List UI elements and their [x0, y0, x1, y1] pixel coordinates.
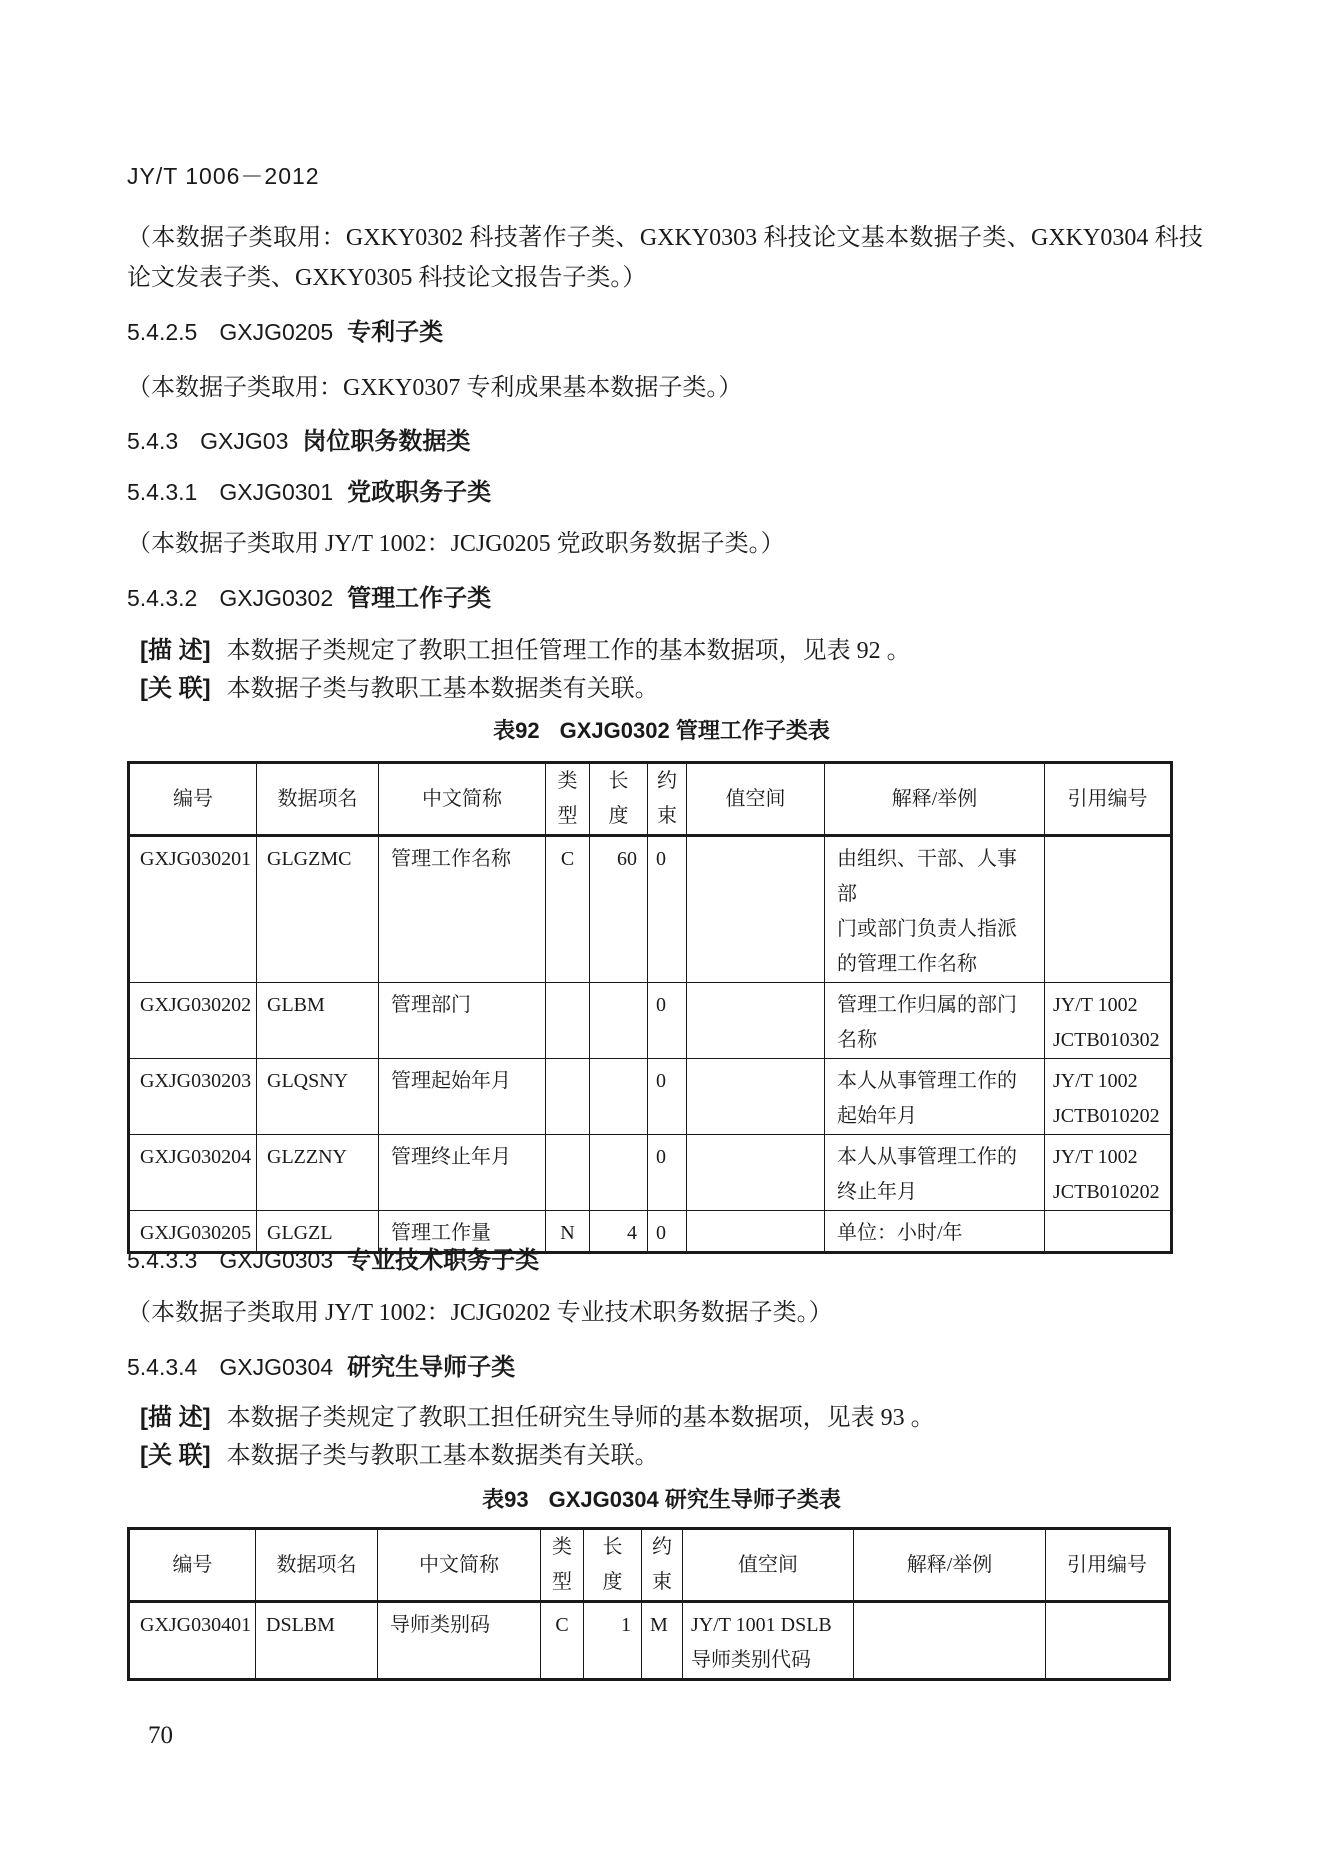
section-title: 专业技术职务子类 [347, 1247, 539, 1274]
doc-standard-code: JY/T 1006－2012 [127, 158, 320, 191]
cell-reference [1045, 836, 1172, 983]
column-header-value-space: 值空间 [687, 763, 825, 836]
cell-explanation: 管理工作归属的部门 名称 [825, 983, 1045, 1059]
table-row: GXJG030401 DSLBM 导师类别码 C 1 M JY/T 1001 D… [129, 1602, 1170, 1680]
table-caption-92: 表92GXJG0302 管理工作子类表 [0, 714, 1323, 745]
cell-item-name: GLGZMC [257, 836, 379, 983]
column-header-item-name: 数据项名 [256, 1529, 378, 1602]
heading-5-4-3-4: 5.4.3.4GXJG0304研究生导师子类 [127, 1347, 515, 1382]
section-number: 5.4.3.2 [127, 585, 197, 611]
table-caption-label: 表93 [482, 1487, 528, 1512]
section-code: GXJG03 [200, 428, 288, 454]
column-header-explanation: 解释/举例 [825, 763, 1045, 836]
description-text: 本数据子类规定了教职工担任管理工作的基本数据项，见表 92 。 [227, 638, 911, 664]
cell-type: N [546, 1211, 590, 1253]
cell-length: 4 [590, 1211, 648, 1253]
cell-constraint: 0 [648, 983, 687, 1059]
section-number: 5.4.3.4 [127, 1354, 197, 1380]
column-header-cn-name: 中文简称 [378, 1529, 541, 1602]
section-code: GXJG0304 [219, 1354, 333, 1380]
relation-row: [关 联]本数据子类与教职工基本数据类有关联。 [140, 668, 659, 703]
cell-explanation: 由组织、干部、人事部 门或部门负责人指派 的管理工作名称 [825, 836, 1045, 983]
cell-cn-name: 管理起始年月 [379, 1059, 546, 1135]
cell-value-space [687, 836, 825, 983]
heading-5-4-3: 5.4.3GXJG03岗位职务数据类 [127, 421, 470, 456]
description-label: [描 述] [140, 637, 211, 664]
cell-type: C [546, 836, 590, 983]
heading-5-4-3-3: 5.4.3.3GXJG0303专业技术职务子类 [127, 1240, 539, 1275]
section-number: 5.4.3.1 [127, 479, 197, 505]
cell-constraint: 0 [648, 1059, 687, 1135]
cell-constraint: 0 [648, 1135, 687, 1211]
relation-text: 本数据子类与教职工基本数据类有关联。 [227, 676, 659, 702]
section-title: 管理工作子类 [347, 585, 491, 612]
note-5-4-3-1: （本数据子类取用 JY/T 1002：JCJG0205 党政职务数据子类。） [127, 524, 785, 564]
column-header-explanation: 解释/举例 [854, 1529, 1046, 1602]
header-row: 编号 数据项名 中文简称 类 型 长 度 约 束 值空间 解释/举例 引用编号 [129, 763, 1172, 836]
description-row: [描 述]本数据子类规定了教职工担任研究生导师的基本数据项，见表 93 。 [140, 1397, 935, 1432]
section-title: 岗位职务数据类 [302, 428, 470, 455]
relation-label: [关 联] [140, 1442, 211, 1469]
cell-value-space [687, 983, 825, 1059]
table-row: GXJG030201 GLGZMC 管理工作名称 C 60 0 由组织、干部、人… [129, 836, 1172, 983]
cell-constraint: 0 [648, 836, 687, 983]
section-code: GXJG0301 [219, 479, 333, 505]
note-5-4-3-3: （本数据子类取用 JY/T 1002：JCJG0202 专业技术职务数据子类。） [127, 1293, 833, 1333]
cell-length [590, 1059, 648, 1135]
cell-value-space [687, 1059, 825, 1135]
header-row: 编号 数据项名 中文简称 类 型 长 度 约 束 值空间 解释/举例 引用编号 [129, 1529, 1170, 1602]
cell-explanation [854, 1602, 1046, 1680]
description-row: [描 述]本数据子类规定了教职工担任管理工作的基本数据项，见表 92 。 [140, 630, 911, 665]
section-number: 5.4.2.5 [127, 319, 197, 345]
cell-number: GXJG030202 [129, 983, 257, 1059]
table-caption-title: GXJG0302 管理工作子类表 [560, 718, 830, 743]
cell-item-name: DSLBM [256, 1602, 378, 1680]
column-header-reference: 引用编号 [1045, 763, 1172, 836]
section-code: GXJG0302 [219, 585, 333, 611]
intro-paragraph: （本数据子类取用：GXKY0302 科技著作子类、GXKY0303 科技论文基本… [127, 218, 1203, 298]
cell-constraint: 0 [648, 1211, 687, 1253]
section-code: GXJG0303 [219, 1247, 333, 1273]
column-header-item-name: 数据项名 [257, 763, 379, 836]
cell-constraint: M [642, 1602, 683, 1680]
table-caption-93: 表93GXJG0304 研究生导师子类表 [0, 1483, 1323, 1514]
cell-value-space: JY/T 1001 DSLB 导师类别代码 [683, 1602, 854, 1680]
cell-reference: JY/T 1002 JCTB010202 [1045, 1135, 1172, 1211]
document-page: JY/T 1006－2012 （本数据子类取用：GXKY0302 科技著作子类、… [0, 0, 1323, 1871]
cell-cn-name: 管理工作名称 [379, 836, 546, 983]
column-header-length: 长 度 [590, 763, 648, 836]
table-caption-label: 表92 [493, 718, 539, 743]
cell-explanation: 本人从事管理工作的 终止年月 [825, 1135, 1045, 1211]
column-header-number: 编号 [129, 1529, 256, 1602]
cell-type [546, 1135, 590, 1211]
column-header-value-space: 值空间 [683, 1529, 854, 1602]
table-row: GXJG030202 GLBM 管理部门 0 管理工作归属的部门 名称 JY/T… [129, 983, 1172, 1059]
section-code: GXJG0205 [219, 319, 333, 345]
cell-length [590, 1135, 648, 1211]
cell-number: GXJG030401 [129, 1602, 256, 1680]
cell-length: 60 [590, 836, 648, 983]
cell-length [590, 983, 648, 1059]
cell-cn-name: 管理部门 [379, 983, 546, 1059]
column-header-constraint: 约 束 [642, 1529, 683, 1602]
data-table-93: 编号 数据项名 中文简称 类 型 长 度 约 束 值空间 解释/举例 引用编号 … [127, 1527, 1171, 1681]
heading-5-4-2-5: 5.4.2.5GXJG0205专利子类 [127, 312, 443, 347]
cell-number: GXJG030203 [129, 1059, 257, 1135]
cell-reference: JY/T 1002 JCTB010202 [1045, 1059, 1172, 1135]
cell-reference [1045, 1211, 1172, 1253]
cell-type: C [541, 1602, 584, 1680]
page-number: 70 [148, 1722, 173, 1750]
description-label: [描 述] [140, 1404, 211, 1431]
table-row: GXJG030204 GLZZNY 管理终止年月 0 本人从事管理工作的 终止年… [129, 1135, 1172, 1211]
section-number: 5.4.3.3 [127, 1247, 197, 1273]
cell-explanation: 本人从事管理工作的 起始年月 [825, 1059, 1045, 1135]
section-title: 研究生导师子类 [347, 1354, 515, 1381]
section-number: 5.4.3 [127, 428, 178, 454]
cell-cn-name: 导师类别码 [378, 1602, 541, 1680]
cell-type [546, 983, 590, 1059]
cell-explanation: 单位：小时/年 [825, 1211, 1045, 1253]
relation-text: 本数据子类与教职工基本数据类有关联。 [227, 1443, 659, 1469]
column-header-type: 类 型 [541, 1529, 584, 1602]
column-header-number: 编号 [129, 763, 257, 836]
cell-type [546, 1059, 590, 1135]
column-header-length: 长 度 [584, 1529, 642, 1602]
heading-5-4-3-1: 5.4.3.1GXJG0301党政职务子类 [127, 472, 491, 507]
note-5-4-2-5: （本数据子类取用：GXKY0307 专利成果基本数据子类。） [127, 368, 742, 408]
cell-number: GXJG030201 [129, 836, 257, 983]
column-header-type: 类 型 [546, 763, 590, 836]
heading-5-4-3-2: 5.4.3.2GXJG0302管理工作子类 [127, 578, 491, 613]
column-header-constraint: 约 束 [648, 763, 687, 836]
cell-reference [1046, 1602, 1170, 1680]
cell-number: GXJG030204 [129, 1135, 257, 1211]
cell-cn-name: 管理终止年月 [379, 1135, 546, 1211]
table-row: GXJG030203 GLQSNY 管理起始年月 0 本人从事管理工作的 起始年… [129, 1059, 1172, 1135]
column-header-reference: 引用编号 [1046, 1529, 1170, 1602]
data-table-92: 编号 数据项名 中文简称 类 型 长 度 约 束 值空间 解释/举例 引用编号 … [127, 761, 1173, 1254]
description-text: 本数据子类规定了教职工担任研究生导师的基本数据项，见表 93 。 [227, 1405, 935, 1431]
table-caption-title: GXJG0304 研究生导师子类表 [549, 1487, 841, 1512]
cell-item-name: GLZZNY [257, 1135, 379, 1211]
section-title: 党政职务子类 [347, 479, 491, 506]
relation-row: [关 联]本数据子类与教职工基本数据类有关联。 [140, 1435, 659, 1470]
cell-value-space [687, 1135, 825, 1211]
relation-label: [关 联] [140, 675, 211, 702]
cell-reference: JY/T 1002 JCTB010302 [1045, 983, 1172, 1059]
cell-item-name: GLQSNY [257, 1059, 379, 1135]
column-header-cn-name: 中文简称 [379, 763, 546, 836]
cell-length: 1 [584, 1602, 642, 1680]
cell-item-name: GLBM [257, 983, 379, 1059]
section-title: 专利子类 [347, 319, 443, 346]
cell-value-space [687, 1211, 825, 1253]
